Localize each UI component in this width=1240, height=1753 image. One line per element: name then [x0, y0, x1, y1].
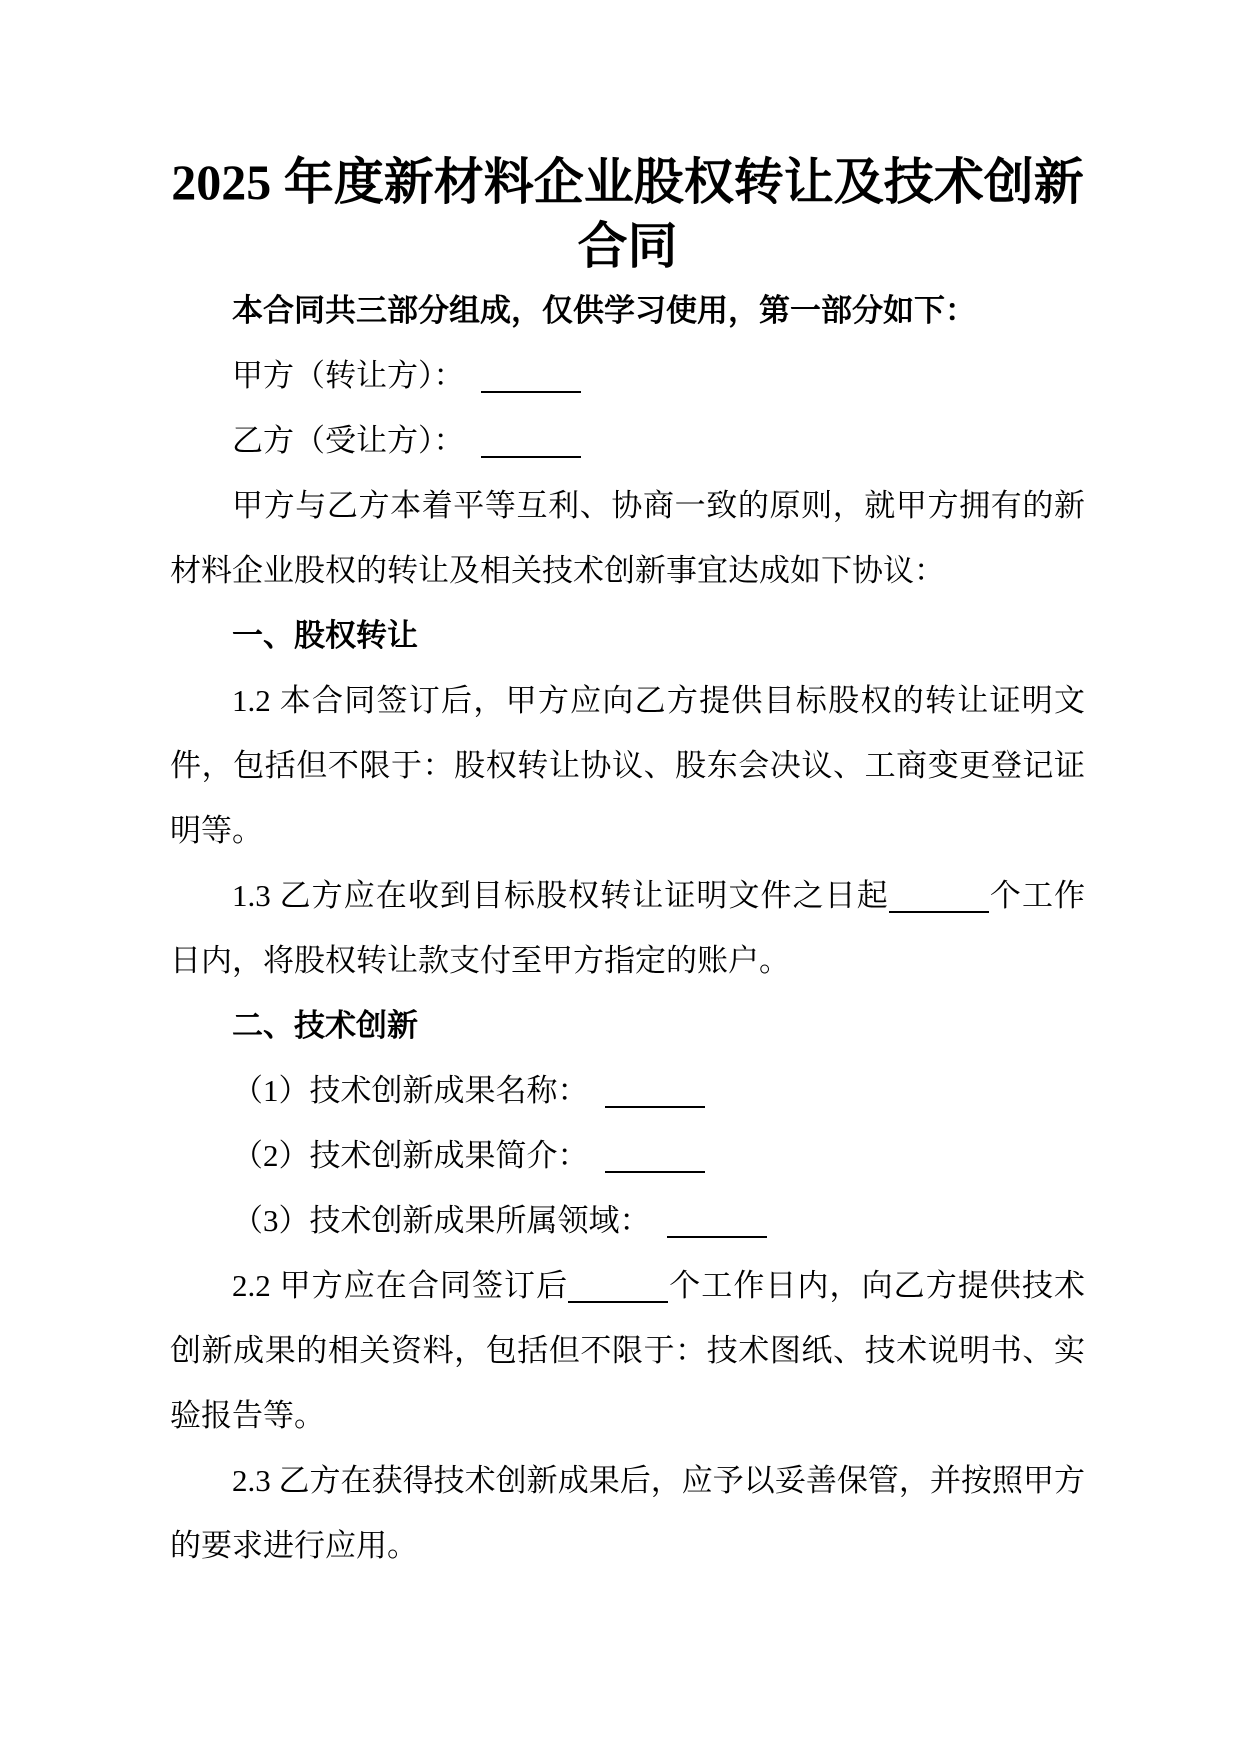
clause-2-2-blank-field	[568, 1301, 668, 1303]
tech-item-2-line: （2）技术创新成果简介：	[170, 1123, 1085, 1188]
clause-2-2-text-before: 2.2 甲方应在合同签订后	[232, 1268, 568, 1303]
clause-1-3-blank-field	[889, 911, 989, 913]
tech-item-1-blank-field	[605, 1106, 705, 1108]
preamble-paragraph: 甲方与乙方本着平等互利、协商一致的原则，就甲方拥有的新材料企业股权的转让及相关技…	[170, 473, 1085, 603]
party-b-label: 乙方（受让方）：	[232, 423, 465, 458]
tech-item-3-blank-field	[667, 1236, 767, 1238]
tech-item-3-label: （3）技术创新成果所属领域：	[232, 1203, 651, 1238]
party-b-line: 乙方（受让方）：	[170, 408, 1085, 473]
tech-item-2-blank-field	[605, 1171, 705, 1173]
party-a-line: 甲方（转让方）：	[170, 343, 1085, 408]
contract-document: 2025 年度新材料企业股权转让及技术创新合同 本合同共三部分组成，仅供学习使用…	[0, 0, 1240, 1578]
clause-2-3: 2.3 乙方在获得技术创新成果后，应予以妥善保管，并按照甲方的要求进行应用。	[170, 1448, 1085, 1578]
party-a-label: 甲方（转让方）：	[232, 358, 465, 393]
party-b-blank-field	[481, 456, 581, 458]
clause-2-2: 2.2 甲方应在合同签订后个工作日内，向乙方提供技术创新成果的相关资料，包括但不…	[170, 1253, 1085, 1448]
section-2-heading: 二、技术创新	[170, 993, 1085, 1058]
party-a-blank-field	[481, 391, 581, 393]
tech-item-1-label: （1）技术创新成果名称：	[232, 1073, 589, 1108]
tech-item-1-line: （1）技术创新成果名称：	[170, 1058, 1085, 1123]
section-1-heading: 一、股权转让	[170, 603, 1085, 668]
document-title: 2025 年度新材料企业股权转让及技术创新合同	[170, 150, 1085, 278]
notice-line: 本合同共三部分组成，仅供学习使用，第一部分如下：	[170, 278, 1085, 343]
tech-item-2-label: （2）技术创新成果简介：	[232, 1138, 589, 1173]
clause-1-3: 1.3 乙方应在收到目标股权转让证明文件之日起个工作日内，将股权转让款支付至甲方…	[170, 863, 1085, 993]
clause-1-3-text-before: 1.3 乙方应在收到目标股权转让证明文件之日起	[232, 878, 889, 913]
tech-item-3-line: （3）技术创新成果所属领域：	[170, 1188, 1085, 1253]
clause-1-2: 1.2 本合同签订后，甲方应向乙方提供目标股权的转让证明文件，包括但不限于：股权…	[170, 668, 1085, 863]
